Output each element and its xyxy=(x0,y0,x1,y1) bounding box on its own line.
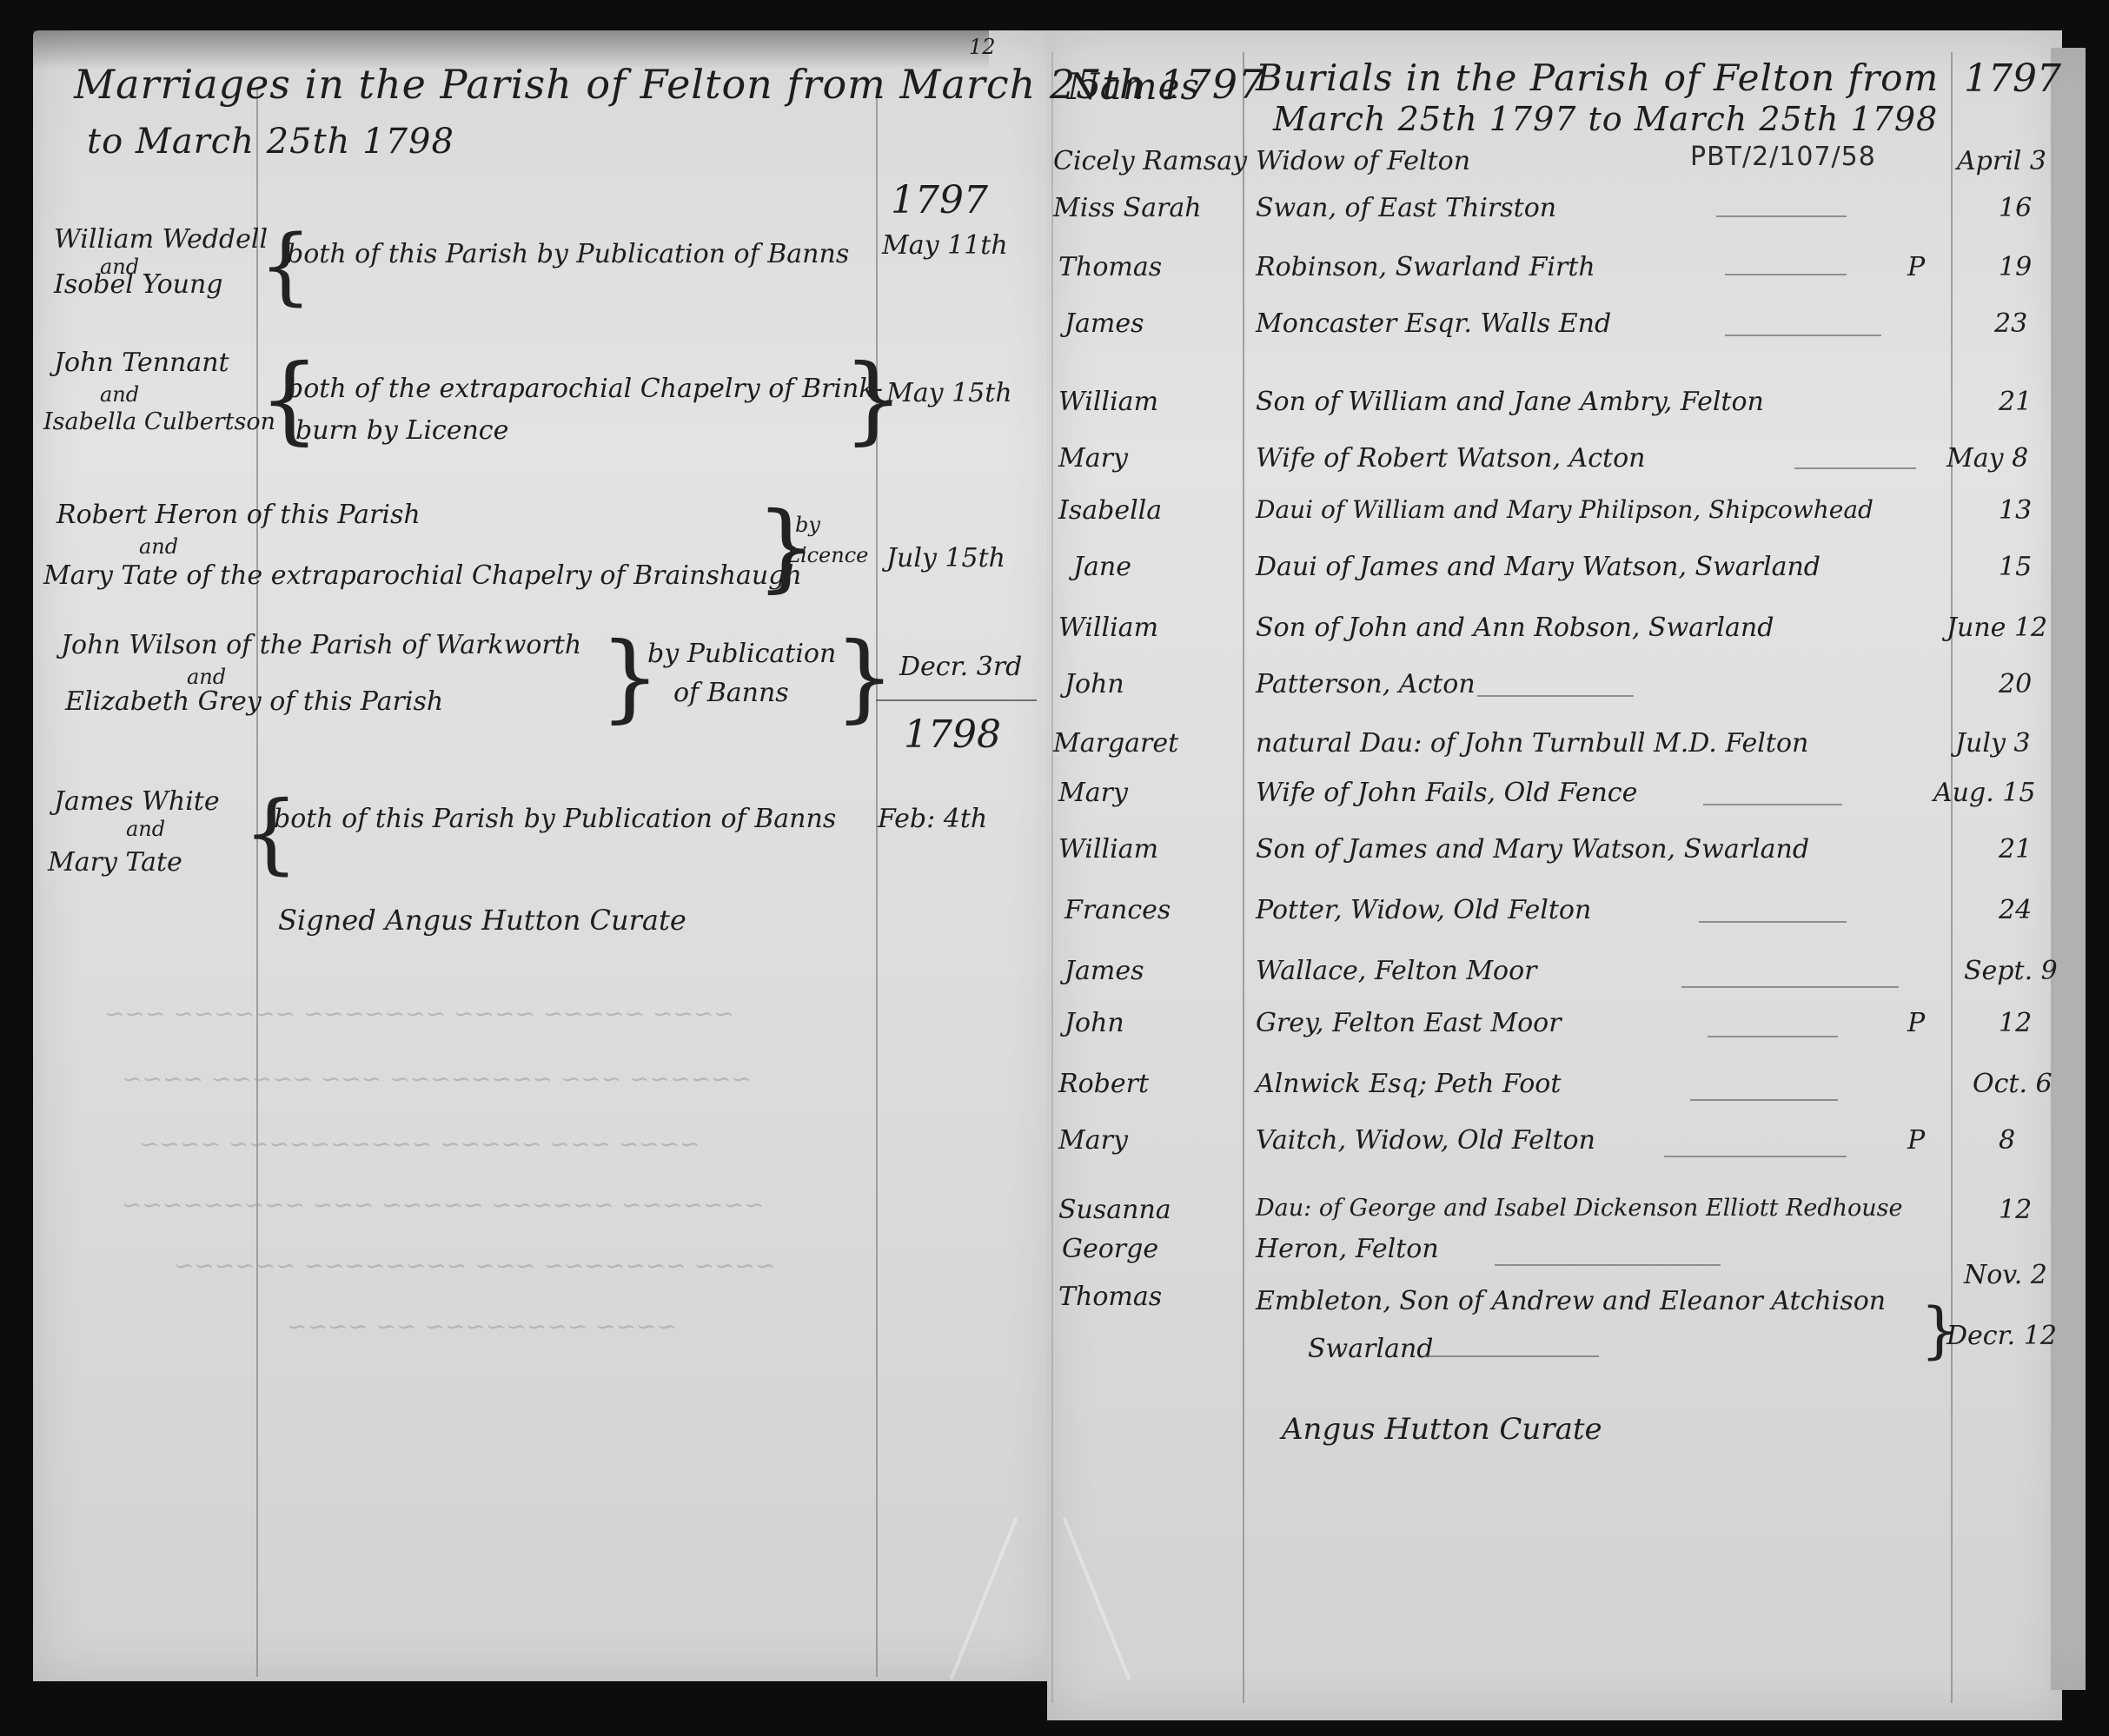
burial-detail: Robinson, Swarland Firth xyxy=(1256,252,1595,282)
burial-name: Frances xyxy=(1064,895,1171,925)
marriage-bride: Isobel Young xyxy=(54,269,223,300)
fill-line xyxy=(1425,1355,1599,1357)
burial-date: July 3 xyxy=(1955,728,2031,759)
burial-name: William xyxy=(1058,387,1158,417)
burial-date: Sept. 9 xyxy=(1964,956,2058,986)
fill-line xyxy=(1681,986,1899,988)
burial-detail-line2: Swarland xyxy=(1308,1334,1433,1364)
burial-detail: Daui of James and Mary Watson, Swarland xyxy=(1256,552,1821,582)
burial-detail: Son of John and Ann Robson, Swarland xyxy=(1256,613,1774,643)
bleed-through-text: ~~~~ ~~~~~~~~ ~~ ~~~~ xyxy=(287,1312,677,1341)
fill-line xyxy=(1725,274,1847,275)
burial-name: John xyxy=(1064,1008,1124,1038)
burial-date: Oct. 6 xyxy=(1973,1069,2053,1099)
marriage-groom: William Weddell xyxy=(54,224,268,255)
burial-name: Jane xyxy=(1073,552,1131,582)
marriages-heading-line2: to March 25th 1798 xyxy=(87,122,454,162)
marriage-date: Decr. 3rd xyxy=(899,652,1022,682)
marriage-detail: both of this Parish by Publication of Ba… xyxy=(274,804,836,834)
marriage-groom-line: John Wilson of the Parish of Warkworth xyxy=(61,630,581,660)
fill-line xyxy=(1703,804,1842,805)
burial-date: 21 xyxy=(1999,834,2032,865)
marriage-date: Feb: 4th xyxy=(878,804,987,834)
burial-mark: P xyxy=(1907,1008,1925,1038)
burial-detail: Wife of Robert Watson, Acton xyxy=(1256,443,1645,474)
burial-date: April 3 xyxy=(1957,146,2046,176)
burial-detail: Wife of John Fails, Old Fence xyxy=(1256,778,1637,808)
marriage-and: and xyxy=(187,665,226,689)
burial-date: June 12 xyxy=(1947,613,2047,643)
burial-date: 24 xyxy=(1999,895,2032,925)
burial-name: Mary xyxy=(1058,778,1128,808)
burial-detail: Son of James and Mary Watson, Swarland xyxy=(1256,834,1809,865)
burial-date: 23 xyxy=(1994,308,2027,339)
burial-name: Mary xyxy=(1058,1125,1128,1156)
burial-name: George xyxy=(1062,1234,1158,1264)
marriage-and: and xyxy=(100,382,139,407)
burial-name: Thomas xyxy=(1058,252,1162,282)
burial-name: William xyxy=(1058,834,1158,865)
fill-line xyxy=(1690,1099,1838,1101)
burial-date: 12 xyxy=(1999,1008,2032,1038)
burial-detail: Potter, Widow, Old Felton xyxy=(1256,895,1591,925)
bleed-through-text: ~~~~~~~ ~~~~~~ ~~~~~ ~~~ ~~~~~~~~~ xyxy=(122,1190,764,1219)
corner-mark: 12 xyxy=(969,35,996,59)
burials-year: 1797 xyxy=(1964,56,2061,101)
burial-detail: Daui of William and Mary Philipson, Ship… xyxy=(1256,495,1874,524)
marriages-signature: Signed Angus Hutton Curate xyxy=(278,904,686,937)
burial-name: John xyxy=(1064,669,1124,699)
fill-line xyxy=(1495,1264,1721,1266)
marriage-method: Licence xyxy=(786,543,868,567)
fill-line xyxy=(1664,1156,1847,1157)
archive-reference: PBT/2/107/58 xyxy=(1690,142,1876,172)
burials-signature: Angus Hutton Curate xyxy=(1282,1412,1602,1447)
burial-detail: Embleton, Son of Andrew and Eleanor Atch… xyxy=(1256,1286,1886,1316)
column-rule xyxy=(1243,52,1244,1703)
fill-line xyxy=(1716,215,1847,217)
burial-date: 8 xyxy=(1999,1125,2015,1156)
column-rule xyxy=(876,87,878,1677)
marriage-method: of Banns xyxy=(673,678,789,708)
bleed-through-text: ~~~~ ~~~~~~~ ~~~ ~~~~~~~~ ~~~~~~ xyxy=(174,1251,776,1280)
marriage-bride: Isabella Culbertson xyxy=(43,408,275,435)
right-page-burials xyxy=(1047,30,2062,1720)
burial-name: Isabella xyxy=(1058,495,1162,526)
bleed-through-text: ~~~~ ~~~ ~~~~~ ~~~~~~~~~~ ~~~~ xyxy=(139,1130,700,1158)
burial-name: Thomas xyxy=(1058,1282,1162,1312)
fill-line xyxy=(1699,921,1847,923)
year-divider xyxy=(876,699,1037,701)
burials-heading: Burials in the Parish of Felton from xyxy=(1256,56,1939,99)
burial-detail: Swan, of East Thirston xyxy=(1256,193,1556,223)
burial-date: 19 xyxy=(1999,252,2032,282)
burial-name: Susanna xyxy=(1058,1195,1171,1225)
marriage-detail: both of this Parish by Publication of Ba… xyxy=(287,239,849,269)
burial-detail: Moncaster Esqr. Walls End xyxy=(1256,308,1611,339)
burial-date: 20 xyxy=(1999,669,2032,699)
burial-name: Robert xyxy=(1058,1069,1149,1099)
fill-line xyxy=(1477,695,1634,697)
burial-date: May 8 xyxy=(1947,443,2028,474)
page-edge xyxy=(2051,48,2086,1690)
marriage-date: May 11th xyxy=(882,230,1008,261)
marriage-groom: James White xyxy=(54,786,220,817)
burial-detail: Vaitch, Widow, Old Felton xyxy=(1256,1125,1595,1156)
marriage-date: July 15th xyxy=(886,543,1005,573)
burial-detail: Patterson, Acton xyxy=(1256,669,1476,699)
burial-name: Cicely Ramsay xyxy=(1053,146,1247,176)
marriage-groom: John Tennant xyxy=(54,348,229,378)
burial-date: 15 xyxy=(1999,552,2032,582)
fill-line xyxy=(1794,467,1916,469)
marriage-groom-line: Robert Heron of this Parish xyxy=(56,500,421,530)
burial-name: James xyxy=(1064,308,1144,339)
burial-detail: Dau: of George and Isabel Dickenson Elli… xyxy=(1256,1195,1902,1222)
burial-date: Aug. 15 xyxy=(1933,778,2035,808)
fill-line xyxy=(1708,1036,1838,1037)
marriage-detail: both of the extraparochial Chapelry of B… xyxy=(287,374,883,404)
brace: } xyxy=(834,621,895,732)
burial-date: Decr. 12 xyxy=(1947,1321,2057,1351)
fill-line xyxy=(1725,335,1881,336)
marriage-method: by xyxy=(795,513,820,537)
marriage-bride-line: Elizabeth Grey of this Parish xyxy=(65,686,443,717)
burial-detail: Grey, Felton East Moor xyxy=(1256,1008,1562,1038)
burial-detail: Heron, Felton xyxy=(1256,1234,1439,1264)
burial-detail: natural Dau: of John Turnbull M.D. Felto… xyxy=(1256,728,1808,759)
burial-name: Margaret xyxy=(1053,728,1178,759)
burials-heading-line2: March 25th 1797 to March 25th 1798 xyxy=(1273,100,1938,138)
marriage-and: and xyxy=(139,534,178,559)
page-gutter xyxy=(1051,52,1053,1703)
burial-name: William xyxy=(1058,613,1158,643)
burial-mark: P xyxy=(1907,1125,1925,1156)
burial-detail: Alnwick Esq; Peth Foot xyxy=(1256,1069,1561,1099)
burial-date: 12 xyxy=(1999,1195,2032,1225)
bleed-through-text: ~~~~~~ ~~~ ~~~~~~~~ ~~~ ~~~~~ ~~~~ xyxy=(122,1064,752,1093)
column-rule xyxy=(1951,52,1953,1703)
burial-date: Nov. 2 xyxy=(1964,1260,2047,1290)
marriage-and: and xyxy=(126,817,165,841)
marriages-year-1797: 1797 xyxy=(891,178,988,222)
marriages-year-1798: 1798 xyxy=(904,712,1001,757)
marriage-date: May 15th xyxy=(886,378,1012,408)
burial-date: 13 xyxy=(1999,495,2032,526)
burial-name: Miss Sarah xyxy=(1053,193,1202,223)
burial-date: 16 xyxy=(1999,193,2032,223)
burial-name: Mary xyxy=(1058,443,1128,474)
burial-detail: Son of William and Jane Ambry, Felton xyxy=(1256,387,1764,417)
burial-date: 21 xyxy=(1999,387,2032,417)
burial-detail: Wallace, Felton Moor xyxy=(1256,956,1537,986)
burial-name: James xyxy=(1064,956,1144,986)
burial-detail: Widow of Felton xyxy=(1256,146,1470,176)
marriage-method: by Publication xyxy=(647,639,836,669)
burials-names-header: Names xyxy=(1067,65,1200,108)
marriage-bride: Mary Tate xyxy=(48,847,182,878)
marriage-bride-line: Mary Tate of the extraparochial Chapelry… xyxy=(43,560,802,591)
marriage-detail: burn by Licence xyxy=(295,415,508,446)
burial-mark: P xyxy=(1907,252,1925,282)
bleed-through-text: ~~~~ ~~~~~ ~~~~ ~~~~~~~ ~~~~~~ ~~~ xyxy=(104,999,734,1028)
